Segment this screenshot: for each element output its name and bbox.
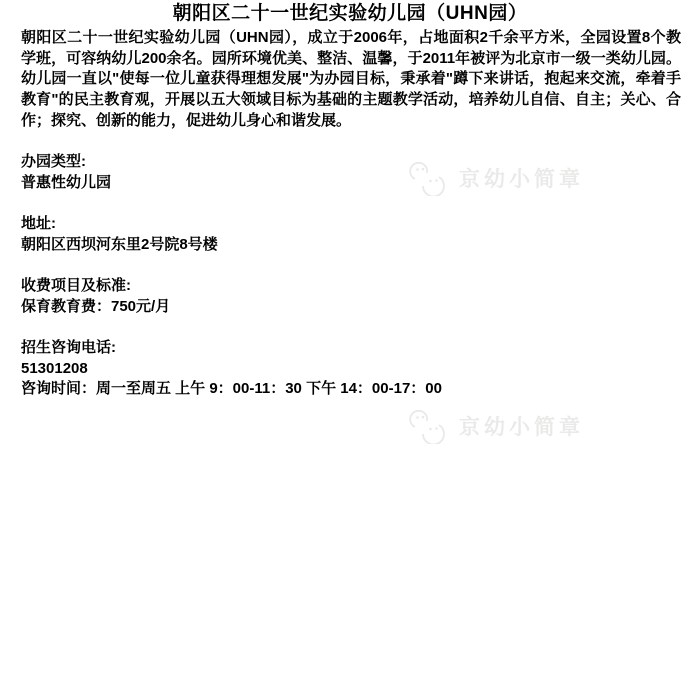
section-fee-value: 保育教育费：750元/月 (21, 297, 681, 318)
watermark-text: 京幼小简章 (459, 411, 584, 441)
section-fee-label: 收费项目及标准: (21, 276, 681, 297)
section-address-value: 朝阳区西坝河东里2号院8号楼 (21, 235, 681, 256)
section-kindergarten-type: 办园类型: 普惠性幼儿园 (21, 152, 681, 193)
watermark: 京幼小简章 (408, 408, 584, 444)
section-enrollment-phone: 招生咨询电话: 51301208 咨询时间：周一至周五 上午 9：00-11：3… (21, 338, 681, 400)
page-title: 朝阳区二十一世纪实验幼儿园（UHN园） (0, 3, 700, 25)
section-phone-number: 51301208 (21, 359, 681, 380)
watermark-smiley-logo-icon (408, 408, 446, 444)
section-type-value: 普惠性幼儿园 (21, 173, 681, 194)
section-address-label: 地址: (21, 214, 681, 235)
section-type-label: 办园类型: (21, 152, 681, 173)
intro-paragraph: 朝阳区二十一世纪实验幼儿园（UHN园），成立于2006年，占地面积2千余平方米，… (21, 28, 681, 132)
section-address: 地址: 朝阳区西坝河东里2号院8号楼 (21, 214, 681, 255)
section-phone-label: 招生咨询电话: (21, 338, 681, 359)
section-consult-hours: 咨询时间：周一至周五 上午 9：00-11：30 下午 14：00-17：00 (21, 379, 681, 400)
section-fee-standard: 收费项目及标准: 保育教育费：750元/月 (21, 276, 681, 317)
